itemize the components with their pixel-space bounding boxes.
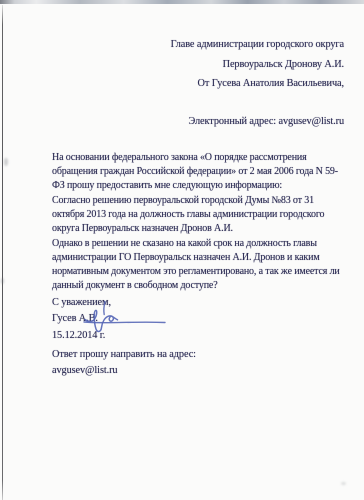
handwritten-signature-ink	[78, 299, 170, 333]
signature-date: 15.12.2014 г.	[52, 330, 105, 341]
recipient-block: Главе администрации городского округа Пе…	[24, 35, 344, 94]
reply-request-line: Ответ прошу направить на адрес:	[52, 349, 196, 360]
recipient-line-2: Первоуральск Дронову А.И.	[24, 55, 344, 75]
recipient-line-1: Главе администрации городского округа	[24, 35, 344, 55]
body-paragraph-3: Однако в решении не сказано на какой сро…	[52, 237, 348, 293]
scan-speck	[341, 482, 346, 485]
body-paragraph-2: Согласно решению первоуральской городско…	[52, 194, 348, 236]
reply-email: avgusev@list.ru	[52, 365, 117, 376]
email-header-line: Электронный адрес: avgusev@list.ru	[24, 116, 344, 127]
body-paragraph-1: На основании федерального закона «О поря…	[52, 151, 348, 193]
recipient-line-3: От Гусева Анатолия Васильевича,	[24, 74, 344, 94]
scan-speck	[1, 278, 4, 284]
scan-edge-artifact-left	[2, 5, 3, 500]
scan-speck	[4, 158, 8, 166]
letter-body: На основании федерального закона «О поря…	[52, 151, 348, 294]
scanned-letter-page: Главе администрации городского округа Пе…	[0, 0, 364, 500]
scan-edge-artifact-top	[0, 0, 364, 4]
